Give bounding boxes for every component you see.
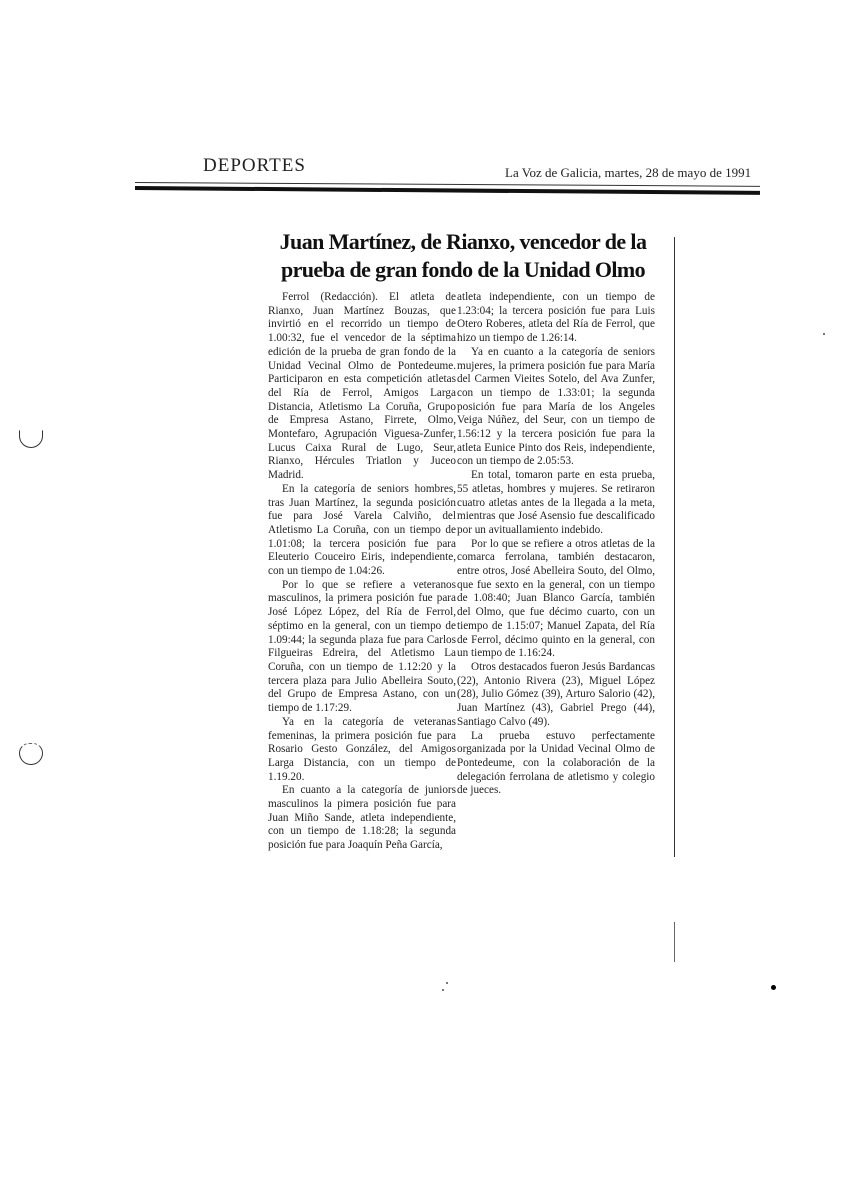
dateline: La Voz de Galicia, martes, 28 de mayo de… bbox=[505, 165, 751, 181]
punch-hole-mark-icon bbox=[19, 743, 43, 765]
headline: Juan Martínez, de Rianxo, vencedor de la… bbox=[268, 228, 658, 284]
scan-speck bbox=[823, 333, 825, 335]
paragraph: En cuanto a la categoría de juniors masc… bbox=[268, 784, 456, 853]
paragraph: Por lo que se refiere a veteranos mascul… bbox=[268, 579, 456, 716]
paragraph: En la categoría de seniors hombres, tras… bbox=[268, 483, 456, 579]
scan-speck bbox=[442, 989, 444, 991]
paragraph: La prueba estuvo perfectamente organizad… bbox=[457, 730, 655, 799]
punch-hole-mark-icon bbox=[19, 430, 43, 448]
paragraph: Ferrol (Redacción). El atleta de Rianxo,… bbox=[268, 291, 456, 483]
article-column-2: atleta independiente, con un tiempo de 1… bbox=[457, 291, 655, 798]
scan-speck-dot bbox=[771, 985, 776, 990]
paragraph: Por lo que se refiere a otros atletas de… bbox=[457, 538, 655, 661]
column-border-line bbox=[674, 237, 675, 857]
header-rule-thick bbox=[135, 186, 760, 195]
paragraph: atleta independiente, con un tiempo de 1… bbox=[457, 291, 655, 346]
column-border-line-short bbox=[674, 922, 675, 962]
paragraph: Otros destacados fueron Jesús Bardancas … bbox=[457, 661, 655, 730]
scan-speck bbox=[446, 982, 448, 984]
paragraph: Ya en la categoría de veteranas femenina… bbox=[268, 716, 456, 785]
section-label: DEPORTES bbox=[203, 155, 306, 177]
paragraph: Ya en cuanto a la categoría de seniors m… bbox=[457, 346, 655, 469]
paragraph: En total, tomaron parte en esta prueba, … bbox=[457, 469, 655, 538]
article-column-1: Ferrol (Redacción). El atleta de Rianxo,… bbox=[268, 291, 456, 853]
